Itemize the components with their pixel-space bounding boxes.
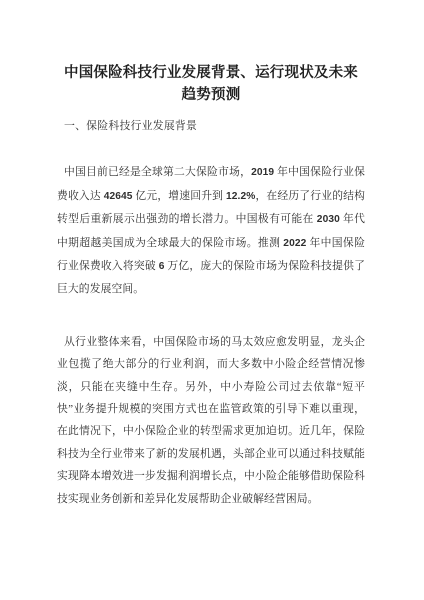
document-body: 中国目前已经是全球第二大保险市场，2019 年中国保险行业保费收入达 42645… xyxy=(57,161,365,510)
text-run: 中国目前已经是全球第二大保险市场， xyxy=(64,166,251,178)
text-run: 从行业整体来看，中国保险市场的马太效应愈发明显，龙头企业包揽了绝大部分的行业利润… xyxy=(57,336,365,505)
numeric-run: 2030 xyxy=(317,214,340,225)
text-run: 亿元，增速回升到 xyxy=(133,190,226,202)
numeric-run: 12.2% xyxy=(226,191,255,202)
paragraph: 中国目前已经是全球第二大保险市场，2019 年中国保险行业保费收入达 42645… xyxy=(57,161,365,300)
document-title: 中国保险科技行业发展背景、运行现状及未来趋势预测 xyxy=(57,62,365,106)
numeric-run: 2022 xyxy=(283,238,306,249)
numeric-run: 42645 xyxy=(104,191,133,202)
paragraph: 从行业整体来看，中国保险市场的马太效应愈发明显，龙头企业包揽了绝大部分的行业利润… xyxy=(57,331,365,510)
section-heading: 一、保险科技行业发展背景 xyxy=(57,115,365,137)
numeric-run: 2019 xyxy=(251,167,274,178)
document-page: 中国保险科技行业发展背景、运行现状及未来趋势预测 一、保险科技行业发展背景 中国… xyxy=(0,0,424,600)
